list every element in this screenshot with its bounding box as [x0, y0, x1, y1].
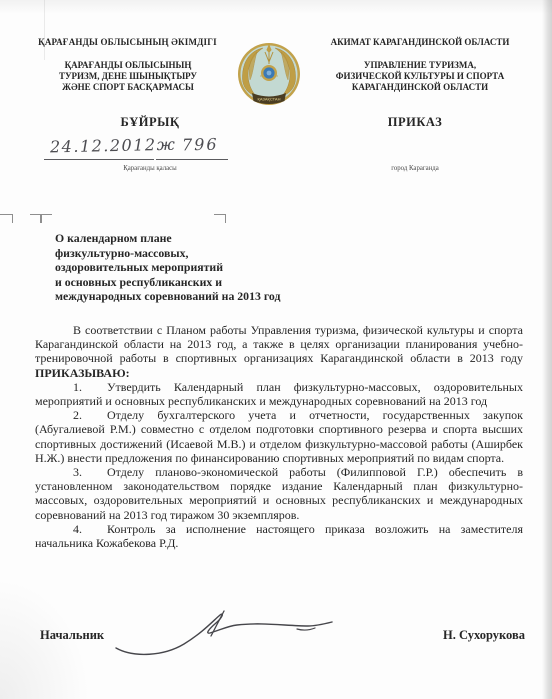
order-heading-russian: ПРИКАЗ: [365, 115, 465, 130]
order-heading-kazakh: БҰЙРЫҚ: [100, 115, 200, 130]
org-name-kazakh: ҚАРАҒАНДЫ ОБЛЫСЫНЫҢ ӘКІМДІГІ: [30, 37, 225, 48]
item-text: Контроль за исполнение настоящего приказ…: [35, 522, 523, 550]
item-number: 3.: [73, 465, 107, 479]
signatory-name: Н. Сухорукова: [425, 628, 525, 643]
scan-fold-line: [44, 0, 45, 60]
scan-top-shadow: [0, 0, 552, 14]
org-name-russian: АКИМАТ КАРАГАНДИНСКОЙ ОБЛАСТИ: [315, 37, 525, 48]
handwritten-date: 24.12.2012ж: [50, 135, 177, 157]
intro-text: В соответствии с Планом работы Управлени…: [35, 323, 523, 365]
emblem-banner-text: ҚАЗАҚСТАН: [258, 96, 281, 101]
document-page: ҚАРАҒАНДЫ ОБЛЫСЫНЫҢ ӘКІМДІГІ ҚАРАҒАНДЫ О…: [0, 0, 552, 699]
corner-mark: [214, 214, 226, 223]
scan-right-shadow: [542, 0, 552, 699]
number-underline: [156, 159, 228, 160]
signature-scribble-icon: [112, 606, 337, 666]
intro-paragraph: В соответствии с Планом работы Управлени…: [35, 323, 523, 380]
item-number: 2.: [73, 408, 107, 422]
place-label-russian: город Караганда: [340, 165, 490, 172]
order-item: 1.Утвердить Календарный план физкультурн…: [35, 380, 523, 408]
corner-mark: [0, 214, 13, 223]
place-label-kazakh: Қарағанды қаласы: [75, 165, 225, 172]
corner-mark: [41, 214, 52, 223]
item-number: 1.: [73, 380, 107, 394]
order-item: 4.Контроль за исполнение настоящего прик…: [35, 522, 523, 550]
item-number: 4.: [73, 522, 107, 536]
corner-mark: [30, 214, 41, 223]
date-underline: [44, 159, 154, 160]
dept-name-kazakh: ҚАРАҒАНДЫ ОБЛЫСЫНЫҢ ТУРИЗМ, ДЕНЕ ШЫНЫҚТЫ…: [42, 60, 214, 93]
item-text: Утвердить Календарный план физкультурно-…: [35, 380, 523, 408]
order-item: 2.Отделу бухгалтерского учета и отчетнос…: [35, 408, 523, 465]
order-body: В соответствии с Планом работы Управлени…: [35, 323, 523, 550]
order-item: 3.Отделу планово-экономической работы (Ф…: [35, 465, 523, 522]
handwritten-order-number: 796: [182, 135, 219, 155]
intro-resolution-word: ПРИКАЗЫВАЮ:: [35, 366, 130, 380]
item-text: Отделу бухгалтерского учета и отчетности…: [35, 408, 523, 465]
item-text: Отделу планово-экономической работы (Фил…: [35, 465, 523, 522]
order-subject: О календарном плане физкультурно-массовы…: [55, 231, 395, 304]
signatory-position: Начальник: [40, 628, 104, 643]
dept-name-russian: УПРАВЛЕНИЕ ТУРИЗМА, ФИЗИЧЕСКОЙ КУЛЬТУРЫ …: [315, 60, 525, 93]
kazakhstan-emblem-icon: ҚАЗАҚСТАН: [236, 41, 302, 107]
